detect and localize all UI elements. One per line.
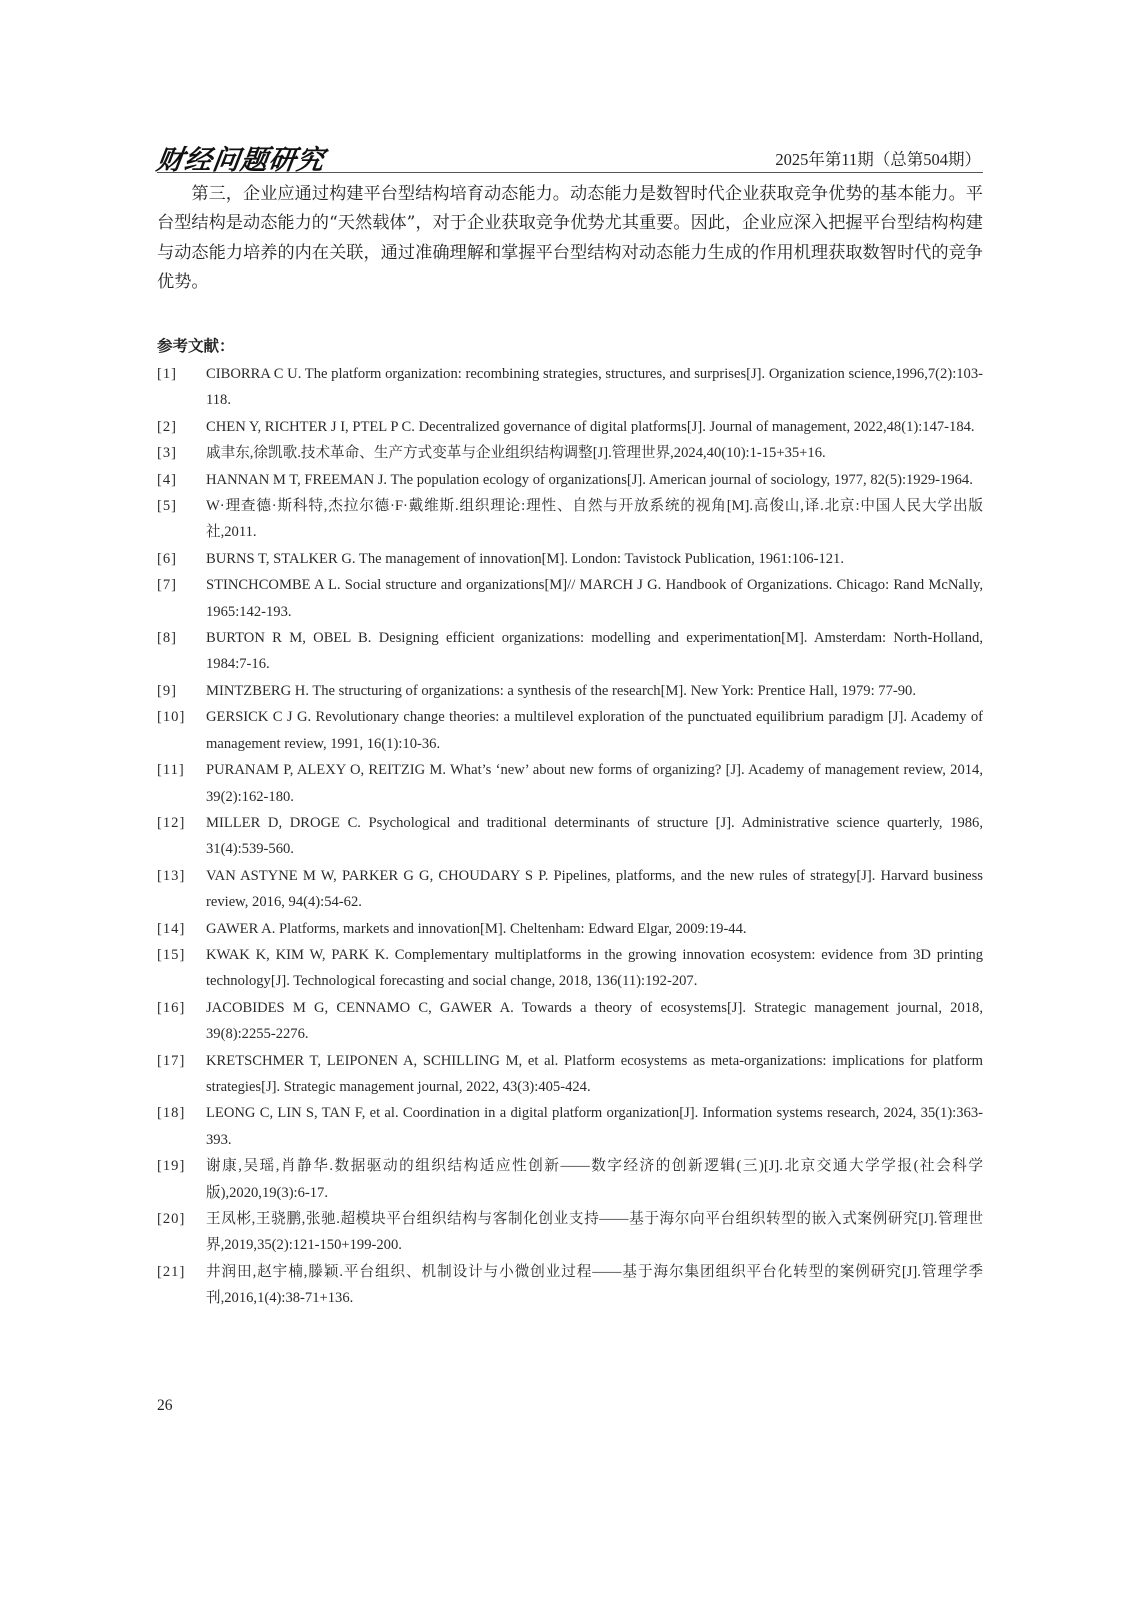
reference-item: [20]王凤彬,王骁鹏,张驰.超模块平台组织结构与客制化创业支持——基于海尔向平… <box>157 1206 983 1259</box>
reference-item: [9]MINTZBERG H. The structuring of organ… <box>157 678 983 704</box>
reference-number: [7] <box>157 572 177 598</box>
reference-text: GERSICK C J G. Revolutionary change theo… <box>206 704 983 757</box>
reference-number: [13] <box>157 863 185 889</box>
reference-text: MILLER D, DROGE C. Psychological and tra… <box>206 810 983 863</box>
issue-info: 2025年第11期（总第504期） <box>775 146 981 170</box>
reference-item: [6]BURNS T, STALKER G. The management of… <box>157 546 983 572</box>
reference-number: [12] <box>157 810 185 836</box>
reference-number: [15] <box>157 942 185 968</box>
reference-number: [20] <box>157 1206 185 1232</box>
body-text: 第三，企业应通过构建平台型结构培育动态能力。动态能力是数智时代企业获取竞争优势的… <box>157 180 983 297</box>
references-list: [1]CIBORRA C U. The platform organizatio… <box>157 361 983 1312</box>
reference-item: [17]KRETSCHMER T, LEIPONEN A, SCHILLING … <box>157 1048 983 1101</box>
reference-item: [13]VAN ASTYNE M W, PARKER G G, CHOUDARY… <box>157 863 983 916</box>
reference-item: [21]井润田,赵宇楠,滕颖.平台组织、机制设计与小微创业过程——基于海尔集团组… <box>157 1259 983 1312</box>
reference-number: [16] <box>157 995 185 1021</box>
journal-logo: 财经问题研究 <box>154 138 327 177</box>
reference-text: VAN ASTYNE M W, PARKER G G, CHOUDARY S P… <box>206 863 983 916</box>
reference-text: JACOBIDES M G, CENNAMO C, GAWER A. Towar… <box>206 995 983 1048</box>
reference-item: [4]HANNAN M T, FREEMAN J. The population… <box>157 467 983 493</box>
reference-text: GAWER A. Platforms, markets and innovati… <box>206 916 983 942</box>
reference-item: [10]GERSICK C J G. Revolutionary change … <box>157 704 983 757</box>
reference-text: W·理查德·斯科特,杰拉尔德·F·戴维斯.组织理论:理性、自然与开放系统的视角[… <box>206 493 983 546</box>
reference-number: [1] <box>157 361 177 387</box>
reference-text: BURNS T, STALKER G. The management of in… <box>206 546 983 572</box>
reference-text: 戚聿东,徐凯歌.技术革命、生产方式变革与企业组织结构调整[J].管理世界,202… <box>206 440 983 466</box>
reference-item: [19]谢康,吴瑶,肖静华.数据驱动的组织结构适应性创新——数字经济的创新逻辑(… <box>157 1153 983 1206</box>
reference-text: KWAK K, KIM W, PARK K. Complementary mul… <box>206 942 983 995</box>
reference-number: [19] <box>157 1153 185 1179</box>
reference-number: [18] <box>157 1100 185 1126</box>
reference-text: PURANAM P, ALEXY O, REITZIG M. What’s ‘n… <box>206 757 983 810</box>
references-heading: 参考文献： <box>157 334 235 356</box>
reference-text: CIBORRA C U. The platform organization: … <box>206 361 983 414</box>
reference-number: [14] <box>157 916 185 942</box>
page-number: 26 <box>157 1397 173 1415</box>
reference-item: [5]W·理查德·斯科特,杰拉尔德·F·戴维斯.组织理论:理性、自然与开放系统的… <box>157 493 983 546</box>
reference-number: [2] <box>157 414 177 440</box>
reference-text: BURTON R M, OBEL B. Designing efficient … <box>206 625 983 678</box>
reference-item: [1]CIBORRA C U. The platform organizatio… <box>157 361 983 414</box>
reference-text: 井润田,赵宇楠,滕颖.平台组织、机制设计与小微创业过程——基于海尔集团组织平台化… <box>206 1259 983 1312</box>
running-header: 财经问题研究 2025年第11期（总第504期） <box>157 138 983 173</box>
reference-number: [4] <box>157 467 177 493</box>
reference-number: [5] <box>157 493 177 519</box>
reference-number: [8] <box>157 625 177 651</box>
reference-number: [21] <box>157 1259 185 1285</box>
reference-item: [2]CHEN Y, RICHTER J I, PTEL P C. Decent… <box>157 414 983 440</box>
reference-item: [8]BURTON R M, OBEL B. Designing efficie… <box>157 625 983 678</box>
reference-text: LEONG C, LIN S, TAN F, et al. Coordinati… <box>206 1100 983 1153</box>
reference-number: [11] <box>157 757 185 783</box>
reference-item: [12]MILLER D, DROGE C. Psychological and… <box>157 810 983 863</box>
reference-item: [14]GAWER A. Platforms, markets and inno… <box>157 916 983 942</box>
reference-text: HANNAN M T, FREEMAN J. The population ec… <box>206 467 983 493</box>
reference-item: [16]JACOBIDES M G, CENNAMO C, GAWER A. T… <box>157 995 983 1048</box>
paragraph: 第三，企业应通过构建平台型结构培育动态能力。动态能力是数智时代企业获取竞争优势的… <box>157 180 983 297</box>
reference-number: [17] <box>157 1048 185 1074</box>
reference-text: KRETSCHMER T, LEIPONEN A, SCHILLING M, e… <box>206 1048 983 1101</box>
reference-text: STINCHCOMBE A L. Social structure and or… <box>206 572 983 625</box>
reference-number: [10] <box>157 704 185 730</box>
reference-item: [11]PURANAM P, ALEXY O, REITZIG M. What’… <box>157 757 983 810</box>
reference-number: [6] <box>157 546 177 572</box>
reference-item: [3]戚聿东,徐凯歌.技术革命、生产方式变革与企业组织结构调整[J].管理世界,… <box>157 440 983 466</box>
reference-text: CHEN Y, RICHTER J I, PTEL P C. Decentral… <box>206 414 983 440</box>
reference-item: [18]LEONG C, LIN S, TAN F, et al. Coordi… <box>157 1100 983 1153</box>
reference-number: [3] <box>157 440 177 466</box>
reference-text: 王凤彬,王骁鹏,张驰.超模块平台组织结构与客制化创业支持——基于海尔向平台组织转… <box>206 1206 983 1259</box>
reference-text: 谢康,吴瑶,肖静华.数据驱动的组织结构适应性创新——数字经济的创新逻辑(三)[J… <box>206 1153 983 1206</box>
reference-number: [9] <box>157 678 177 704</box>
reference-text: MINTZBERG H. The structuring of organiza… <box>206 678 983 704</box>
reference-item: [7]STINCHCOMBE A L. Social structure and… <box>157 572 983 625</box>
reference-item: [15]KWAK K, KIM W, PARK K. Complementary… <box>157 942 983 995</box>
